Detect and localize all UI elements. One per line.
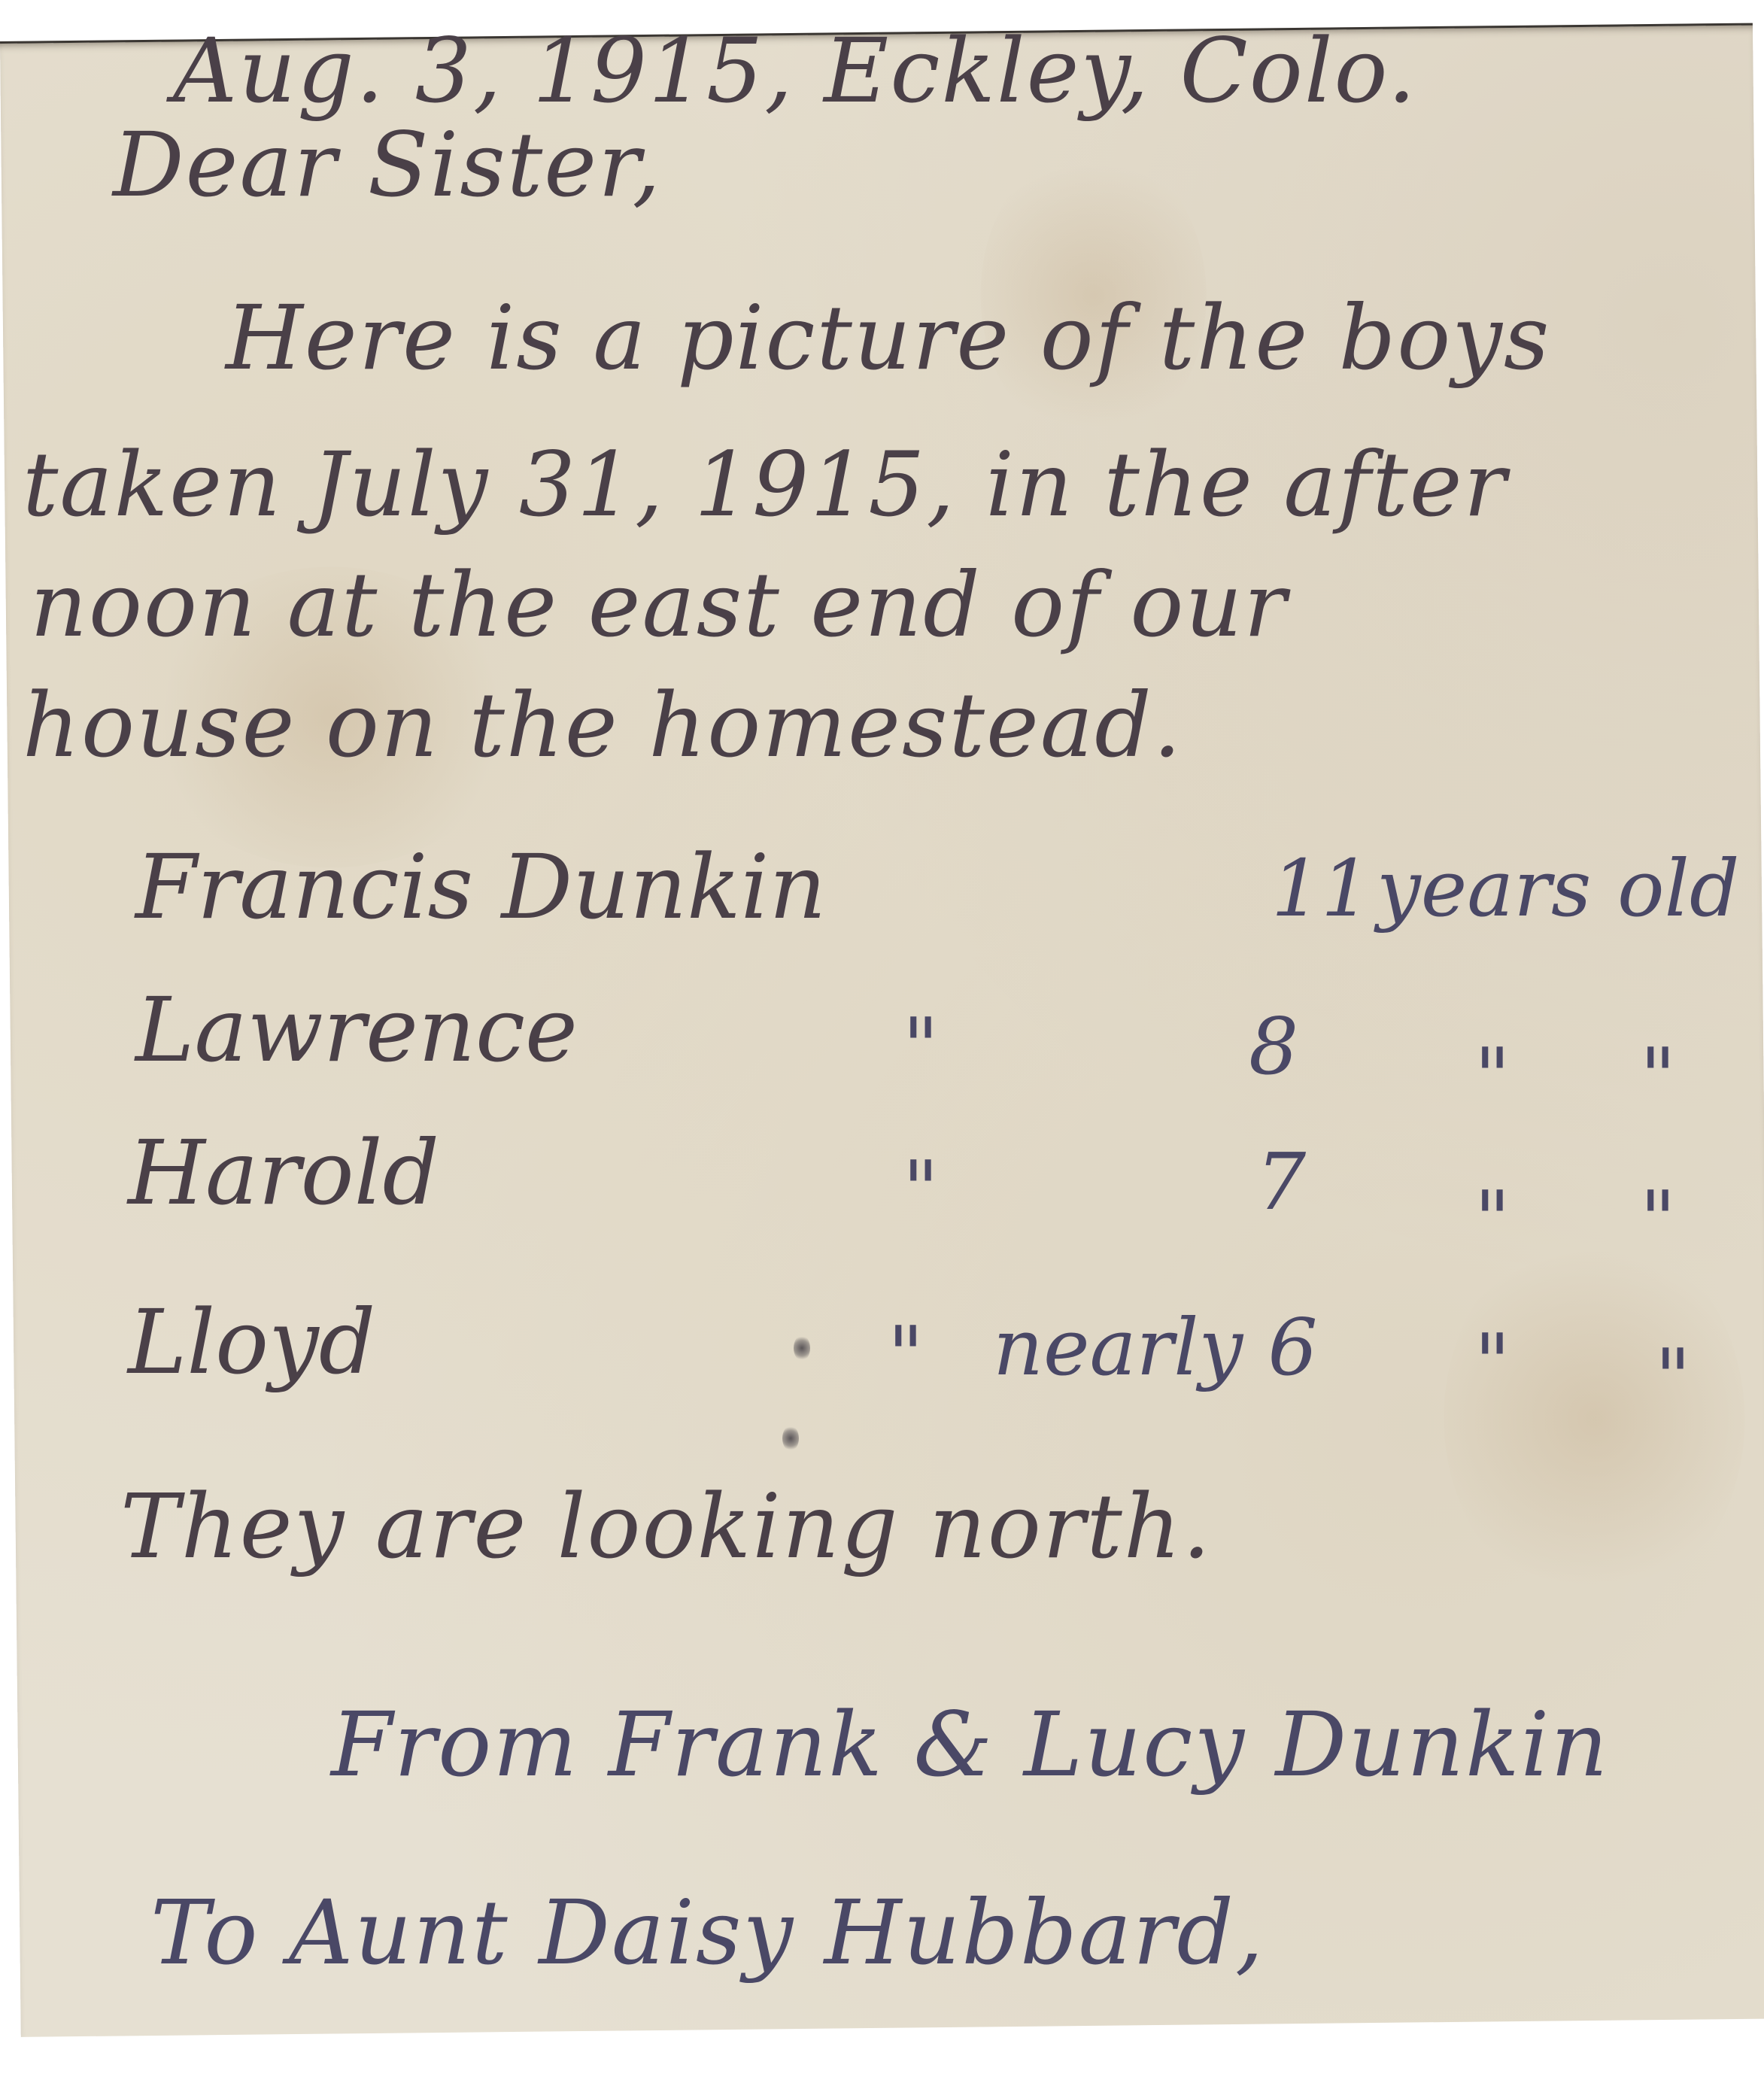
paper-stain	[1442, 1229, 1747, 1608]
child-age: 11	[1271, 843, 1371, 934]
child-age: 8	[1249, 1001, 1298, 1092]
body-line-4: house on the homestead.	[23, 673, 1183, 777]
body-line-3: noon at the east end of our	[30, 553, 1288, 657]
child-age: nearly 6	[993, 1301, 1318, 1393]
body-line-2: taken July 31, 1915, in the after	[23, 433, 1507, 536]
child-ditto: "	[888, 1309, 924, 1401]
child-ditto: "	[903, 1143, 939, 1235]
body-line-1: Here is a picture of the boys	[226, 286, 1550, 390]
to-line: To Aunt Daisy Hubbard,	[150, 1881, 1265, 1984]
child-name: Lloyd	[128, 1290, 375, 1394]
child-age: 7	[1256, 1136, 1306, 1228]
child-unit1: "	[1474, 1174, 1510, 1265]
child-unit1: years	[1377, 843, 1591, 934]
child-unit2: "	[1655, 1332, 1691, 1423]
child-unit2: "	[1640, 1031, 1676, 1122]
child-unit2: "	[1640, 1174, 1676, 1265]
letter-heading: Aug. 3, 1915, Eckley, Colo.	[173, 19, 1417, 123]
child-unit2: old	[1617, 843, 1739, 934]
from-line: From Frank & Lucy Dunkin	[331, 1693, 1609, 1796]
child-name: Francis Dunkin	[135, 835, 826, 939]
child-unit1: "	[1474, 1316, 1510, 1408]
letter-salutation: Dear Sister,	[113, 113, 662, 217]
child-unit1: "	[1474, 1031, 1510, 1122]
closing-line: They are looking north.	[120, 1474, 1212, 1578]
child-name: Harold	[128, 1121, 439, 1225]
child-ditto: "	[903, 1001, 939, 1092]
ink-spot	[794, 1335, 810, 1361]
child-name: Lawrence	[135, 978, 578, 1082]
ink-spot	[782, 1426, 799, 1451]
